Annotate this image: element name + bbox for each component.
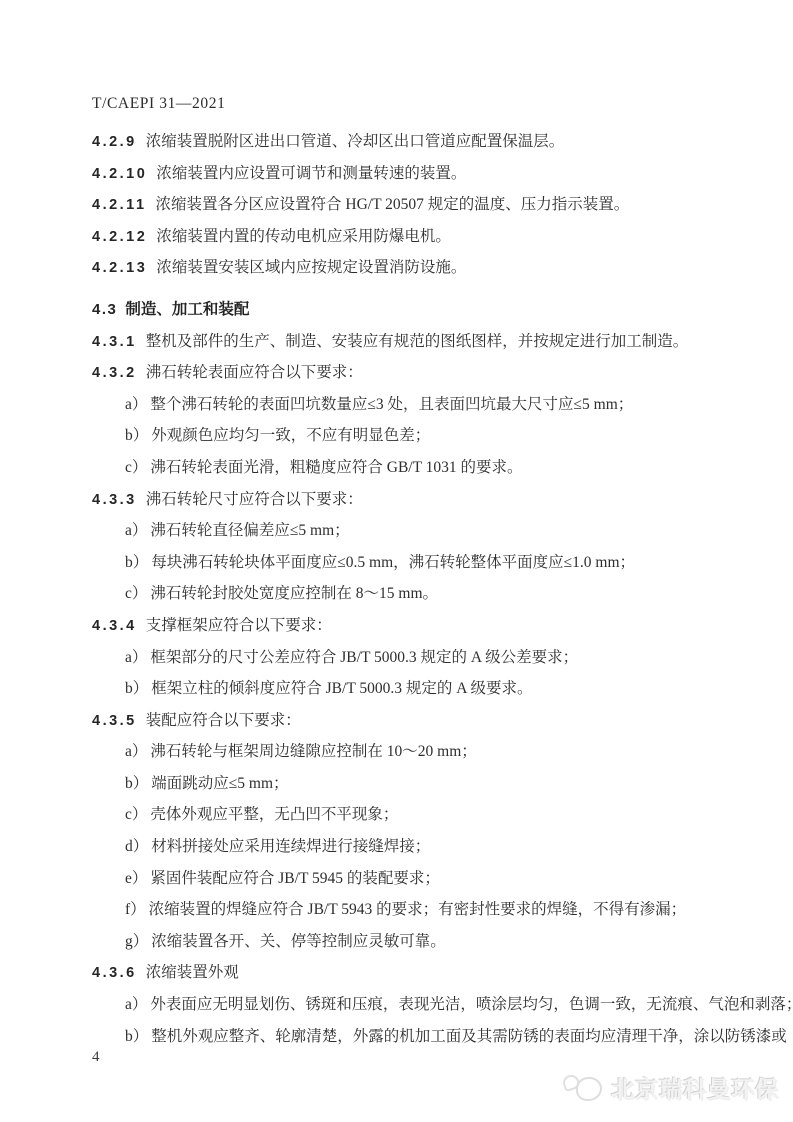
clause-text: 浓缩装置脱附区进出口管道、冷却区出口管道应配置保温层。 (146, 133, 565, 150)
list-item-line: a）框架部分的尺寸公差应符合 JB/T 5000.3 规定的 A 级公差要求； (92, 645, 765, 677)
list-item-letter: a） (125, 396, 147, 413)
heading-number: 4.3 (92, 301, 117, 318)
list-item-text: 沸石转轮封胶处宽度应控制在 8～15 mm。 (150, 585, 438, 602)
list-item-letter: d） (125, 838, 148, 855)
clause-number: 4.2.10 (92, 166, 147, 182)
list-item-text: 材料拼接处应采用连续焊进行接缝焊接； (151, 838, 430, 855)
section-heading: 4.3制造、加工和装配 (92, 297, 765, 329)
clause-text: 整机及部件的生产、制造、安装应有规范的图纸图样，并按规定进行加工制造。 (146, 333, 689, 350)
clause-number: 4.2.13 (92, 260, 147, 276)
list-item-text: 沸石转轮与框架周边缝隙应控制在 10～20 mm； (150, 743, 476, 760)
clause-number: 4.3.5 (92, 713, 137, 729)
list-item-letter: b） (125, 427, 148, 444)
clause-line: 4.2.12浓缩装置内置的传动电机应采用防爆电机。 (92, 224, 765, 256)
heading-text: 制造、加工和装配 (125, 301, 249, 318)
clause-line: 4.3.3沸石转轮尺寸应符合以下要求： (92, 487, 765, 519)
clause-text: 支撑框架应符合以下要求： (146, 617, 332, 634)
list-item-line: a）沸石转轮直径偏差应≤5 mm； (92, 518, 765, 550)
list-item-letter: b） (125, 554, 148, 571)
list-item-line: b）外观颜色应均匀一致，不应有明显色差； (92, 423, 765, 455)
list-item-letter: a） (125, 522, 147, 539)
list-item-text: 端面跳动应≤5 mm； (151, 775, 288, 792)
clause-line: 4.2.13浓缩装置安装区域内应按规定设置消防设施。 (92, 255, 765, 287)
list-item-text: 浓缩装置各开、关、停等控制应灵敏可靠。 (151, 933, 446, 950)
list-item-letter: b） (125, 775, 148, 792)
clause-text: 装配应符合以下要求： (146, 712, 301, 729)
list-item-line: e）紧固件装配应符合 JB/T 5945 的装配要求； (92, 866, 765, 898)
list-item-letter: c） (125, 585, 147, 602)
clause-text: 浓缩装置安装区域内应按规定设置消防设施。 (156, 259, 466, 276)
list-item-line: b）整机外观应整齐、轮廓清楚，外露的机加工面及其需防锈的表面均应清理干净，涂以防… (92, 1024, 765, 1056)
clause-text: 浓缩装置各分区应设置符合 HG/T 20507 规定的温度、压力指示装置。 (156, 196, 630, 213)
list-item-line: b）端面跳动应≤5 mm； (92, 771, 765, 803)
clause-text: 沸石转轮尺寸应符合以下要求： (146, 491, 363, 508)
document-body: 4.2.9浓缩装置脱附区进出口管道、冷却区出口管道应配置保温层。4.2.10浓缩… (92, 129, 765, 1055)
clause-text: 沸石转轮表面应符合以下要求： (146, 364, 363, 381)
list-item-line: c）沸石转轮封胶处宽度应控制在 8～15 mm。 (92, 581, 765, 613)
clause-number: 4.2.9 (92, 134, 137, 150)
clause-line: 4.2.9浓缩装置脱附区进出口管道、冷却区出口管道应配置保温层。 (92, 129, 765, 161)
watermark-text: 北京瑞科曼环保 (611, 1071, 779, 1104)
clause-number: 4.3.2 (92, 365, 137, 381)
clause-text: 浓缩装置内置的传动电机应采用防爆电机。 (156, 228, 451, 245)
clause-line: 4.3.6浓缩装置外观 (92, 960, 765, 992)
list-item-line: d）材料拼接处应采用连续焊进行接缝焊接； (92, 834, 765, 866)
list-item-line: a）沸石转轮与框架周边缝隙应控制在 10～20 mm； (92, 739, 765, 771)
list-item-line: c）沸石转轮表面光滑，粗糙度应符合 GB/T 1031 的要求。 (92, 455, 765, 487)
list-item-letter: b） (125, 1028, 148, 1045)
clause-line: 4.3.4支撑框架应符合以下要求： (92, 613, 765, 645)
list-item-letter: a） (125, 649, 147, 666)
watermark: 北京瑞科曼环保 (562, 1070, 779, 1104)
list-item-letter: f） (125, 901, 146, 918)
list-item-text: 整个沸石转轮的表面凹坑数量应≤3 处，且表面凹坑最大尺寸应≤5 mm； (150, 396, 633, 413)
list-item-letter: a） (125, 743, 147, 760)
clause-number: 4.3.1 (92, 334, 137, 350)
list-item-line: a）外表面应无明显划伤、锈斑和压痕，表现光洁，喷涂层均匀，色调一致，无流痕、气泡… (92, 992, 765, 1024)
list-item-text: 沸石转轮直径偏差应≤5 mm； (150, 522, 349, 539)
clause-line: 4.3.2沸石转轮表面应符合以下要求： (92, 360, 765, 392)
list-item-text: 外观颜色应均匀一致，不应有明显色差； (151, 427, 430, 444)
list-item-letter: c） (125, 806, 147, 823)
list-item-letter: b） (125, 680, 148, 697)
list-item-text: 浓缩装置的焊缝应符合 JB/T 5943 的要求；有密封性要求的焊缝，不得有渗漏… (149, 901, 687, 918)
watermark-logo-icon (562, 1070, 606, 1104)
page-number: 4 (92, 1049, 100, 1066)
list-item-line: g）浓缩装置各开、关、停等控制应灵敏可靠。 (92, 929, 765, 961)
list-item-line: f）浓缩装置的焊缝应符合 JB/T 5943 的要求；有密封性要求的焊缝，不得有… (92, 897, 765, 929)
list-item-text: 紧固件装配应符合 JB/T 5945 的装配要求； (150, 870, 440, 887)
list-item-letter: g） (125, 933, 148, 950)
list-item-text: 沸石转轮表面光滑，粗糙度应符合 GB/T 1031 的要求。 (150, 459, 522, 476)
list-item-text: 整机外观应整齐、轮廓清楚，外露的机加工面及其需防锈的表面均应清理干净，涂以防锈漆… (151, 1028, 787, 1045)
clause-text: 浓缩装置内应设置可调节和测量转速的装置。 (156, 165, 466, 182)
list-item-line: a）整个沸石转轮的表面凹坑数量应≤3 处，且表面凹坑最大尺寸应≤5 mm； (92, 392, 765, 424)
clause-number: 4.3.3 (92, 492, 137, 508)
list-item-letter: e） (125, 870, 147, 887)
clause-number: 4.3.6 (92, 965, 137, 981)
clause-text: 浓缩装置外观 (146, 964, 239, 981)
list-item-text: 每块沸石转轮块体平面度应≤0.5 mm，沸石转轮整体平面度应≤1.0 mm； (151, 554, 635, 571)
clause-line: 4.3.5装配应符合以下要求： (92, 708, 765, 740)
list-item-line: b）每块沸石转轮块体平面度应≤0.5 mm，沸石转轮整体平面度应≤1.0 mm； (92, 550, 765, 582)
list-item-text: 壳体外观应平整，无凸凹不平现象； (150, 806, 398, 823)
clause-number: 4.2.11 (92, 197, 147, 213)
list-item-letter: c） (125, 459, 147, 476)
list-item-text: 框架部分的尺寸公差应符合 JB/T 5000.3 规定的 A 级公差要求； (150, 649, 578, 666)
standard-number-header: T/CAEPI 31—2021 (92, 95, 225, 113)
clause-line: 4.3.1整机及部件的生产、制造、安装应有规范的图纸图样，并按规定进行加工制造。 (92, 329, 765, 361)
clause-number: 4.2.12 (92, 229, 147, 245)
clause-line: 4.2.10浓缩装置内应设置可调节和测量转速的装置。 (92, 161, 765, 193)
list-item-line: c）壳体外观应平整，无凸凹不平现象； (92, 802, 765, 834)
clause-line: 4.2.11浓缩装置各分区应设置符合 HG/T 20507 规定的温度、压力指示… (92, 192, 765, 224)
list-item-letter: a） (125, 996, 147, 1013)
list-item-line: b）框架立柱的倾斜度应符合 JB/T 5000.3 规定的 A 级要求。 (92, 676, 765, 708)
list-item-text: 框架立柱的倾斜度应符合 JB/T 5000.3 规定的 A 级要求。 (151, 680, 532, 697)
document-page: T/CAEPI 31—2021 4.2.9浓缩装置脱附区进出口管道、冷却区出口管… (0, 0, 793, 1122)
list-item-text: 外表面应无明显划伤、锈斑和压痕，表现光洁，喷涂层均匀，色调一致，无流痕、气泡和剥… (150, 996, 793, 1013)
clause-number: 4.3.4 (92, 618, 137, 634)
